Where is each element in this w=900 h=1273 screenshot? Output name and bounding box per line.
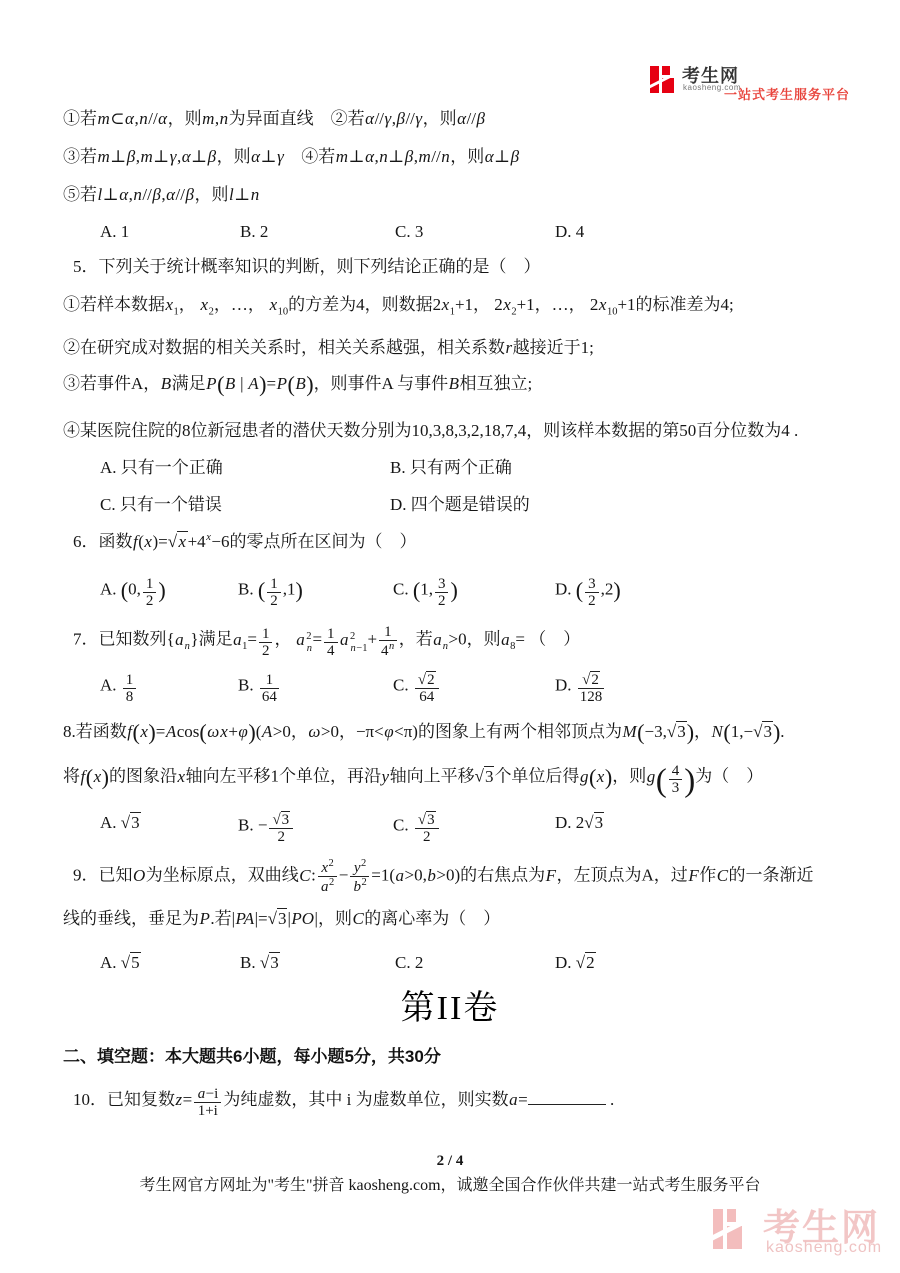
q6-options-B: B. (12,1): [238, 576, 303, 609]
q5-options-row-2-B: D. 四个题是错误的: [390, 494, 530, 515]
watermark-logo: 考生网 kaosheng.com: [713, 1201, 900, 1265]
q4-statement-1: ①若m⊂α,n//α，则m,n为异面直线 ②若α//γ,β//γ，则α//β: [63, 108, 485, 129]
q4-options-B: B. 2: [240, 221, 268, 242]
q5-options-row-1-A: A. 只有一个正确: [100, 457, 223, 478]
q10-stem: 10．已知复数z=a−i1+i为纯虚数，其中 i 为虚数单位，则实数a= .: [73, 1086, 614, 1120]
q9-options-D: D. √2: [555, 952, 596, 973]
q5-statement-2: ②在研究成对数据的相关关系时，相关关系越强，相关系数r越接近于1;: [63, 337, 594, 358]
q9-options-B: B. √3: [240, 952, 280, 973]
watermark-logo-icon: [713, 1205, 745, 1253]
exam-page: 考生网 kaosheng.com 一站式考生服务平台 ①若m⊂α,n//α，则m…: [0, 0, 900, 1273]
q7-options-D: D. √2128: [555, 672, 606, 705]
q4-options-C: C. 3: [395, 221, 423, 242]
q8-options-D: D. 2√3: [555, 812, 604, 833]
q5-statement-1: ①若样本数据x1， x2，…， x10的方差为4，则数据2x1+1， 2x2+1…: [63, 294, 734, 319]
watermark-domain-text: kaosheng.com: [766, 1239, 882, 1257]
q7-options-C: C. √264: [393, 672, 441, 705]
q9-stem-line-2: 线的垂线，垂足为P.若|PA|=√3|PO|，则C的离心率为（ ）: [63, 908, 500, 929]
q4-options-A: A. 1: [100, 221, 129, 242]
q6-stem: 6．函数f(x)=√x+4x−6的零点所在区间为（ ）: [73, 531, 416, 552]
q9-options-A: A. √5: [100, 952, 141, 973]
q5-options-row-1-B: B. 只有两个正确: [390, 457, 512, 478]
q6-options-A: A. (0,12): [100, 576, 166, 609]
q5-stem: 5．下列关于统计概率知识的判断，则下列结论正确的是（ ）: [73, 256, 541, 277]
q7-stem: 7．已知数列{an}满足a1=12， a2n=14a2n−1+14n，若an>0…: [73, 624, 580, 659]
q7-options-A: A. 18: [100, 672, 138, 705]
q8-stem-line-1: 8.若函数f(x)=Acos(ωx+φ)(A>0，ω>0，−π<φ<π)的图象上…: [63, 721, 785, 744]
exam-content: ①若m⊂α,n//α，则m,n为异面直线 ②若α//γ,β//γ，则α//β③若…: [0, 0, 900, 1273]
q9-options-C: C. 2: [395, 952, 423, 973]
q8-stem-line-2: 将f(x)的图象沿x轴向左平移1个单位，再沿y轴向上平移√3个单位后得g(x)，…: [63, 763, 763, 796]
q8-options-C: C. √32: [393, 812, 441, 845]
q4-statement-3: ⑤若l⊥α,n//β,α//β，则l⊥n: [63, 184, 260, 205]
q4-options-D: D. 4: [555, 221, 584, 242]
q7-options-B: B. 164: [238, 672, 281, 705]
q6-options-C: C. (1,32): [393, 576, 458, 609]
q4-statement-2: ③若m⊥β,m⊥γ,α⊥β，则α⊥γ ④若m⊥α,n⊥β,m//n，则α⊥β: [63, 146, 520, 167]
q5-statement-3: ③若事件A，B满足P(B | A)=P(B)，则事件A 与事件B相互独立;: [63, 373, 532, 396]
footer-note: 考生网官方网址为"考生"拼音 kaosheng.com，诚邀全国合作伙伴共建一站…: [0, 1176, 900, 1196]
q5-options-row-2-A: C. 只有一个错误: [100, 494, 222, 515]
q5-statement-4: ④某医院住院的8位新冠患者的潜伏天数分别为10,3,8,3,2,18,7,4，则…: [63, 420, 798, 441]
q9-stem-line-1: 9．已知O为坐标原点，双曲线C:x2a2−y2b2=1(a>0,b>0)的右焦点…: [73, 858, 814, 895]
part2-title: 第II卷: [0, 988, 900, 1031]
fill-in-section-head: 二、填空题：本大题共6小题，每小题5分，共30分: [63, 1046, 441, 1067]
q8-options-B: B. −√32: [238, 812, 295, 845]
page-number: 2 / 4: [0, 1152, 900, 1171]
q6-options-D: D. (32,2): [555, 576, 621, 609]
q8-options-A: A. √3: [100, 812, 141, 833]
